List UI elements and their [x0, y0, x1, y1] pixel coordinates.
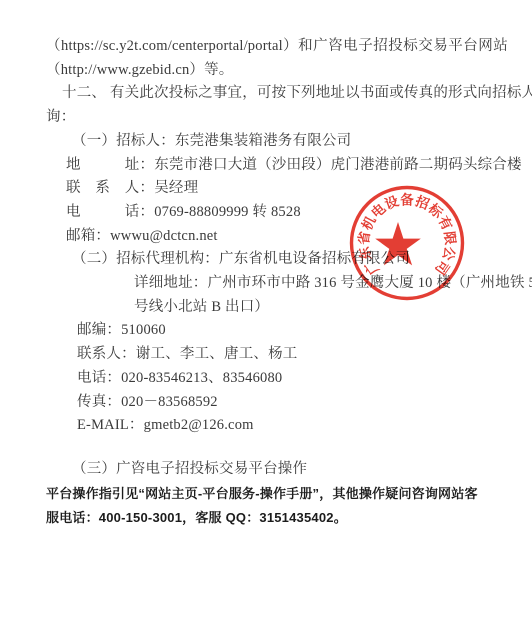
section-12-heading-cont: 询： [0, 106, 532, 130]
section-12-heading: 十二、 有关此次投标之事宜，可按下列地址以书面或传真的形式向招标人查 [0, 82, 508, 106]
agency-address-line-1: 详细地址：广州市环市中路 316 号金鹰大厦 10 楼（广州地铁 5 [0, 272, 532, 296]
tenderer-email: 邮箱：wwwu@dctcn.net [0, 225, 532, 249]
agency-postcode: 邮编：510060 [0, 319, 532, 343]
agency-address-line-2: 号线小北站 B 出口） [0, 296, 532, 320]
agency-fax: 传真：020－83568592 [0, 391, 532, 415]
platform-note-line-2: 服电话：400-150-3001，客服 QQ：3151435402。 [0, 506, 532, 530]
platform-heading: （三）广咨电子招投标交易平台操作 [0, 458, 532, 482]
document-page: （https://sc.y2t.com/centerportal/portal）… [0, 0, 532, 625]
platform-note-line-1: 平台操作指引见“网站主页-平台服务-操作手册”，其他操作疑问咨询网站客 [0, 482, 458, 506]
tenderer-address: 地 址：东莞市港口大道（沙田段）虎门港港前路二期码头综合楼 [0, 154, 532, 178]
tenderer-heading: （一）招标人：东莞港集装箱港务有限公司 [0, 130, 532, 154]
tenderer-phone: 电 话：0769-88809999 转 8528 [0, 201, 532, 225]
agency-heading: （二）招标代理机构：广东省机电设备招标有限公司 [0, 248, 532, 272]
url-line-1: （https://sc.y2t.com/centerportal/portal）… [0, 35, 508, 59]
url-line-2: （http://www.gzebid.cn）等。 [0, 59, 532, 83]
agency-phone: 电话：020-83546213、83546080 [0, 367, 532, 391]
agency-email: E-MAIL：gmetb2@126.com [0, 414, 532, 438]
agency-contacts: 联系人：谢工、李工、唐工、杨工 [0, 343, 532, 367]
tenderer-contact: 联 系 人：吴经理 [0, 177, 532, 201]
